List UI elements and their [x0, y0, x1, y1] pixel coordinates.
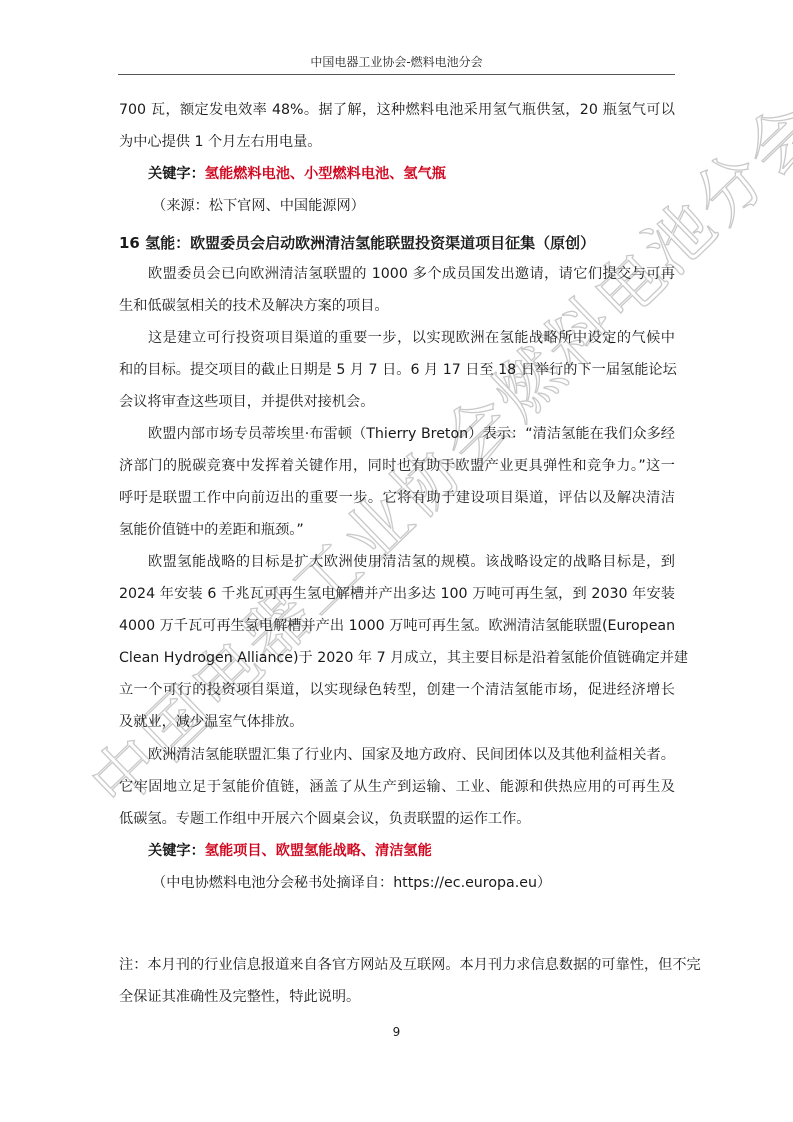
keywords-line: 关键字：氢能燃料电池、小型燃料电池、氢气瓶	[148, 164, 675, 184]
body-line: 济部门的脱碳竞赛中发挥着关键作用，同时也有助于欧盟产业更具弹性和竞争力。”这一	[119, 456, 675, 476]
source-line: （中电协燃料电池分会秘书处摘译自：https://ec.europa.eu）	[152, 873, 708, 893]
keywords-line: 关键字：氢能项目、欧盟氢能战略、清洁氢能	[148, 841, 675, 861]
article-heading: 16 氢能：欧盟委员会启动欧洲清洁氢能联盟投资渠道项目征集（原创）	[119, 233, 675, 253]
body-line: 会议将审查这些项目，并提供对接机会。	[119, 392, 675, 412]
page-number: 9	[0, 1025, 793, 1039]
body-line: 2024 年安装 6 千兆瓦可再生氢电解槽并产出多达 100 万吨可再生氢，到 …	[119, 584, 675, 604]
keywords-value: 氢能燃料电池、小型燃料电池、氢气瓶	[205, 166, 446, 182]
body-line: 这是建立可行投资项目渠道的重要一步，以实现欧洲在氢能战略所中设定的气候中	[148, 328, 675, 348]
disclaimer-line: 全保证其准确性及完整性，特此说明。	[119, 987, 675, 1007]
body-line: 为中心提供 1 个月左右用电量。	[119, 132, 675, 152]
document-page: 中国电器工业协会燃料电池分会 中国电器工业协会-燃料电池分会 700 瓦，额定发…	[0, 0, 793, 1122]
body-line: 低碳氢。专题工作组中开展六个圆桌会议，负责联盟的运作工作。	[119, 809, 675, 829]
body-line: 和的目标。提交项目的截止日期是 5 月 7 日。6 月 17 日至 18 日举行…	[119, 360, 675, 380]
body-line: 氢能价值链中的差距和瓶颈。”	[119, 520, 675, 540]
keywords-label: 关键字：	[148, 843, 205, 859]
body-line: 4000 万千瓦可再生氢电解槽并产出 1000 万吨可再生氢。欧洲清洁氢能联盟(…	[119, 616, 675, 636]
header-divider	[118, 74, 675, 75]
source-line: （来源：松下官网、中国能源网）	[152, 196, 708, 216]
disclaimer-line: 注：本月刊的行业信息报道来自各官方网站及互联网。本月刊力求信息数据的可靠性，但不…	[119, 955, 675, 975]
keywords-value: 氢能项目、欧盟氢能战略、清洁氢能	[205, 843, 432, 859]
running-header: 中国电器工业协会-燃料电池分会	[0, 53, 793, 70]
body-line: 欧盟氢能战略的目标是扩大欧洲使用清洁氢的规模。该战略设定的战略目标是，到	[148, 552, 675, 572]
keywords-label: 关键字：	[148, 166, 205, 182]
body-line: 立一个可行的投资项目渠道，以实现绿色转型，创建一个清洁氢能市场，促进经济增长	[119, 680, 675, 700]
body-line: 欧洲清洁氢能联盟汇集了行业内、国家及地方政府、民间团体以及其他利益相关者。	[148, 745, 675, 765]
body-line: 及就业，减少温室气体排放。	[119, 712, 675, 732]
body-line: 欧盟内部市场专员蒂埃里·布雷顿（Thierry Breton）表示：“清洁氢能在…	[148, 424, 675, 444]
body-line: Clean Hydrogen Alliance)于 2020 年 7 月成立，其…	[119, 648, 675, 668]
body-line: 呼吁是联盟工作中向前迈出的重要一步。它将有助于建设项目渠道，评估以及解决清洁	[119, 488, 675, 508]
body-line: 生和低碳氢相关的技术及解决方案的项目。	[119, 296, 675, 316]
body-line: 它牢固地立足于氢能价值链，涵盖了从生产到运输、工业、能源和供热应用的可再生及	[119, 777, 675, 797]
body-line: 欧盟委员会已向欧洲清洁氢联盟的 1000 多个成员国发出邀请，请它们提交与可再	[148, 264, 675, 284]
body-line: 700 瓦，额定发电效率 48%。据了解，这种燃料电池采用氢气瓶供氢，20 瓶氢…	[119, 100, 675, 120]
